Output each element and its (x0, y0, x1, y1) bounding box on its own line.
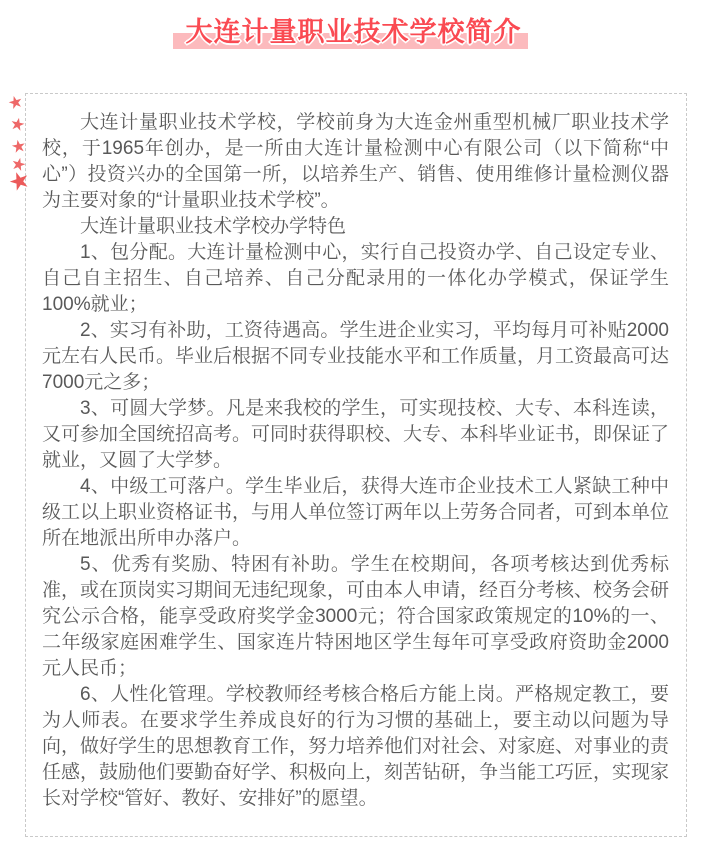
article-paragraph-item-1: 1、包分配。大连计量检测中心，实行自己投资办学、自己设定专业、自己自主招生、自己… (42, 240, 669, 318)
page-header: 大连计量职业技术学校简介 (0, 0, 707, 70)
article-paragraph-item-4: 4、中级工可落户。学生毕业后，获得大连市企业技术工人紧缺工种中级工以上职业资格证… (42, 474, 669, 552)
page-title: 大连计量职业技术学校简介 (186, 17, 522, 47)
article-paragraph-item-3: 3、可圆大学梦。凡是来我校的学生，可实现技校、大专、本科连读，又可参加全国统招高… (42, 396, 669, 474)
title-banner: 大连计量职业技术学校简介 (186, 17, 522, 47)
article-paragraph-intro: 大连计量职业技术学校，学校前身为大连金州重型机械厂职业技术学校，于1965年创办… (42, 110, 669, 214)
article-content-box: 大连计量职业技术学校，学校前身为大连金州重型机械厂职业技术学校，于1965年创办… (25, 93, 687, 837)
star-icon: ★ (6, 92, 25, 113)
article-paragraph-item-2: 2、实习有补助，工资待遇高。学生进企业实习，平均每月可补贴2000元左右人民币。… (42, 318, 669, 396)
article-paragraph-features-heading: 大连计量职业技术学校办学特色 (42, 214, 669, 240)
page: 大连计量职业技术学校简介 ★ ★ ★ ★ ★ 大连计量职业技术学校，学校前身为大… (0, 0, 707, 857)
article-paragraph-item-6: 6、人性化管理。学校教师经考核合格后方能上岗。严格规定教工，要为人师表。在要求学… (42, 682, 669, 812)
article-paragraph-item-5: 5、优秀有奖励、特困有补助。学生在校期间，各项考核达到优秀标准，或在顶岗实习期间… (42, 552, 669, 682)
